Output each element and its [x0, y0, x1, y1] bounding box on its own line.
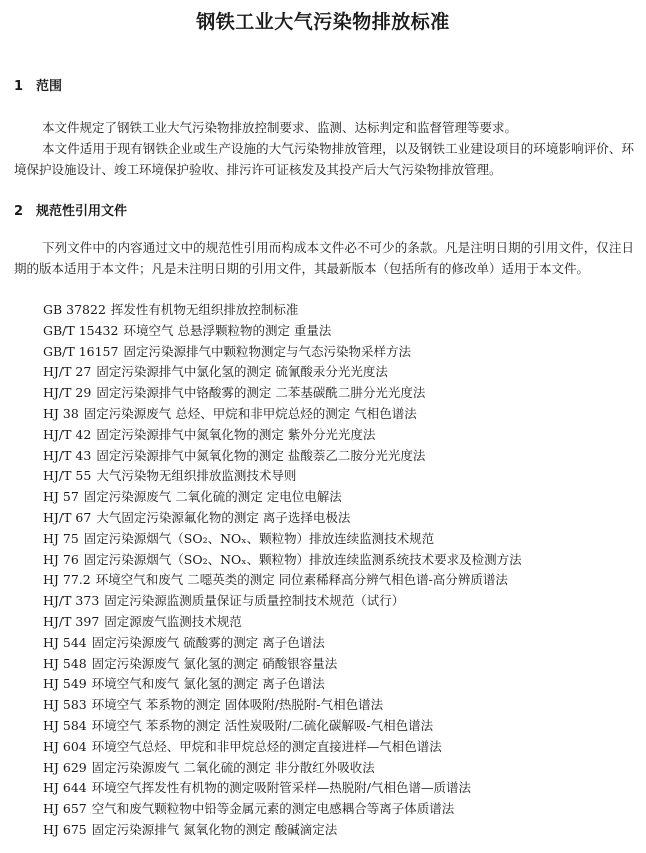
scope-paragraph-1: 本文件规定了钢铁工业大气污染物排放控制要求、监测、达标判定和监督管理等要求。	[14, 118, 634, 139]
reference-item: GB/T 16157固定污染源排气中颗粒物测定与气态污染物采样方法	[43, 342, 643, 363]
reference-list: GB 37822挥发性有机物无组织排放控制标准 GB/T 15432环境空气 总…	[43, 300, 643, 841]
references-intro-paragraph: 下列文件中的内容通过文中的规范性引用而构成本文件必不可少的条款。凡是注明日期的引…	[14, 238, 634, 279]
reference-item: HJ 77.2环境空气和废气 二噁英类的测定 同位素稀释高分辨气相色谱-高分辨质…	[43, 570, 643, 591]
reference-item: HJ/T 397固定源废气监测技术规范	[43, 612, 643, 633]
reference-item: HJ 57固定污染源废气 二氧化硫的测定 定电位电解法	[43, 487, 643, 508]
reference-item: HJ/T 42固定污染源排气中氮氧化物的测定 紫外分光光度法	[43, 425, 643, 446]
reference-item: HJ/T 55大气污染物无组织排放监测技术导则	[43, 466, 643, 487]
reference-item: HJ 629固定污染源废气 二氧化硫的测定 非分散红外吸收法	[43, 758, 643, 779]
document-title: 钢铁工业大气污染物排放标准	[0, 10, 646, 34]
reference-item: HJ 38固定污染源废气 总烃、甲烷和非甲烷总烃的测定 气相色谱法	[43, 404, 643, 425]
reference-item: HJ 584环境空气 苯系物的测定 活性炭吸附/二硫化碳解吸-气相色谱法	[43, 716, 643, 737]
reference-item: HJ/T 29固定污染源排气中铬酸雾的测定 二苯基碳酰二肼分光光度法	[43, 383, 643, 404]
reference-item: HJ 583环境空气 苯系物的测定 固体吸附/热脱附-气相色谱法	[43, 695, 643, 716]
section-title: 范围	[36, 79, 62, 94]
reference-item: HJ 644环境空气挥发性有机物的测定吸附管采样—热脱附/气相色谱—质谱法	[43, 778, 643, 799]
reference-item: GB/T 15432环境空气 总悬浮颗粒物的测定 重量法	[43, 321, 643, 342]
section-heading-scope: 1范围	[14, 78, 62, 96]
section-title: 规范性引用文件	[36, 204, 127, 219]
reference-item: GB 37822挥发性有机物无组织排放控制标准	[43, 300, 643, 321]
reference-item: HJ/T 43固定污染源排气中氮氧化物的测定 盐酸萘乙二胺分光光度法	[43, 446, 643, 467]
reference-item: HJ 548固定污染源废气 氯化氢的测定 硝酸银容量法	[43, 654, 643, 675]
reference-item: HJ 76固定污染源烟气（SO₂、NOₓ、颗粒物）排放连续监测系统技术要求及检测…	[43, 550, 643, 571]
reference-item: HJ 657空气和废气颗粒物中铅等金属元素的测定电感耦合等离子体质谱法	[43, 799, 643, 820]
reference-item: HJ/T 373固定污染源监测质量保证与质量控制技术规范（试行）	[43, 591, 643, 612]
section-number: 2	[14, 203, 36, 221]
section-heading-normative-references: 2规范性引用文件	[14, 203, 127, 221]
reference-item: HJ 604环境空气总烃、甲烷和非甲烷总烃的测定直接进样—气相色谱法	[43, 737, 643, 758]
reference-item: HJ 75固定污染源烟气（SO₂、NOₓ、颗粒物）排放连续监测技术规范	[43, 529, 643, 550]
scope-paragraph-2: 本文件适用于现有钢铁企业或生产设施的大气污染物排放管理，以及钢铁工业建设项目的环…	[14, 139, 634, 180]
reference-item: HJ/T 67大气固定污染源氟化物的测定 离子选择电极法	[43, 508, 643, 529]
reference-item: HJ 549环境空气和废气 氯化氢的测定 离子色谱法	[43, 674, 643, 695]
reference-item: HJ 544固定污染源废气 硫酸雾的测定 离子色谱法	[43, 633, 643, 654]
reference-item: HJ/T 27固定污染源排气中氯化氢的测定 硫氰酸汞分光光度法	[43, 362, 643, 383]
reference-item: HJ 675固定污染源排气 氮氧化物的测定 酸碱滴定法	[43, 820, 643, 841]
section-number: 1	[14, 78, 36, 96]
